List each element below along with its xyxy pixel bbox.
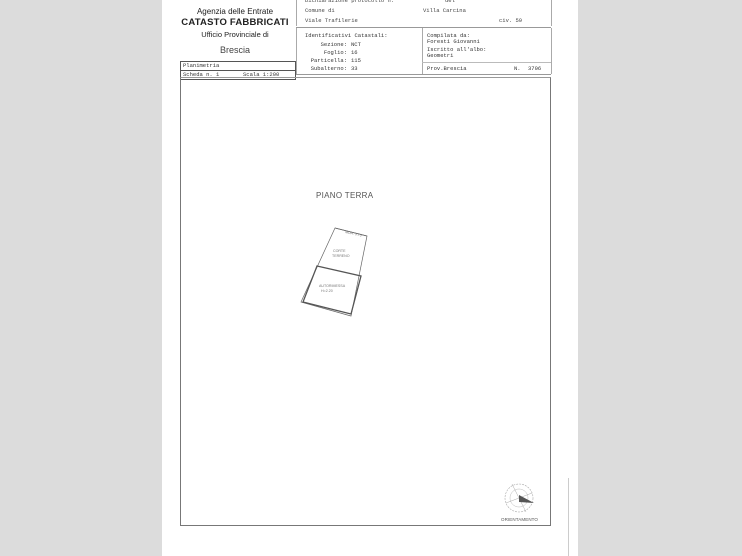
plan-title: Planimetria: [181, 62, 295, 70]
compiler-box: Compilata da: Foresti Giovanni Iscritto …: [422, 28, 552, 74]
floor-plan-drawing: MUR. 3.75 CORTE TERRENO AUTORIMESSA H=2.…: [295, 224, 375, 320]
section-label: Sezione:: [297, 41, 347, 48]
section-value: NCT: [351, 41, 361, 48]
compiler-number: 3706: [528, 65, 541, 72]
address-civic: civ. 59: [499, 17, 522, 24]
room-1-sublabel: TERRENO: [332, 254, 350, 258]
scan-edge: [568, 478, 569, 556]
divider: [296, 74, 551, 75]
agency-name: Agenzia delle Entrate: [180, 6, 290, 17]
declaration-label: Dichiarazione protocollo n.: [305, 0, 394, 4]
registry-name: CATASTO FABBRICATI: [180, 17, 290, 29]
floor-label: PIANO TERRA: [316, 191, 373, 200]
room-2-label: AUTORIMESSA: [319, 284, 346, 288]
municipality-label: Comune di: [305, 7, 335, 14]
cadastral-ids-title: Identificativi Catastali:: [305, 32, 388, 39]
subaltern-value: 33: [351, 65, 358, 72]
compiler-number-label: N.: [514, 65, 521, 72]
declaration-box: Dichiarazione protocollo n. del Comune d…: [296, 0, 552, 26]
municipality-value: Villa Carcina: [423, 7, 466, 14]
compiler-name: Foresti Giovanni: [427, 38, 480, 45]
divider: [422, 62, 551, 63]
compiler-province: Prov.Brescia: [427, 65, 467, 72]
parcel-label: Particella:: [297, 57, 347, 64]
cadastral-ids-box: Identificativi Catastali: Sezione: NCT F…: [296, 28, 423, 74]
office-city: Brescia: [180, 42, 290, 58]
road-label: MUR. 3.75: [345, 230, 362, 237]
room-1-label: CORTE: [333, 249, 346, 253]
subaltern-label: Subalterno:: [297, 65, 347, 72]
sheet-value: 16: [351, 49, 358, 56]
agency-header: Agenzia delle Entrate CATASTO FABBRICATI…: [180, 6, 290, 58]
parcel-value: 115: [351, 57, 361, 64]
declaration-date-label: del: [445, 0, 455, 4]
address-street: Viale Trafilerie: [305, 17, 358, 24]
register-value: Geometri: [427, 52, 453, 59]
sheet-label: Foglio:: [297, 49, 347, 56]
compass-icon: [502, 481, 538, 517]
office-label: Ufficio Provinciale di: [180, 29, 290, 40]
room-2-sublabel: H=2.20: [321, 289, 333, 293]
orientation-label: ORIENTAMENTO: [501, 517, 538, 522]
